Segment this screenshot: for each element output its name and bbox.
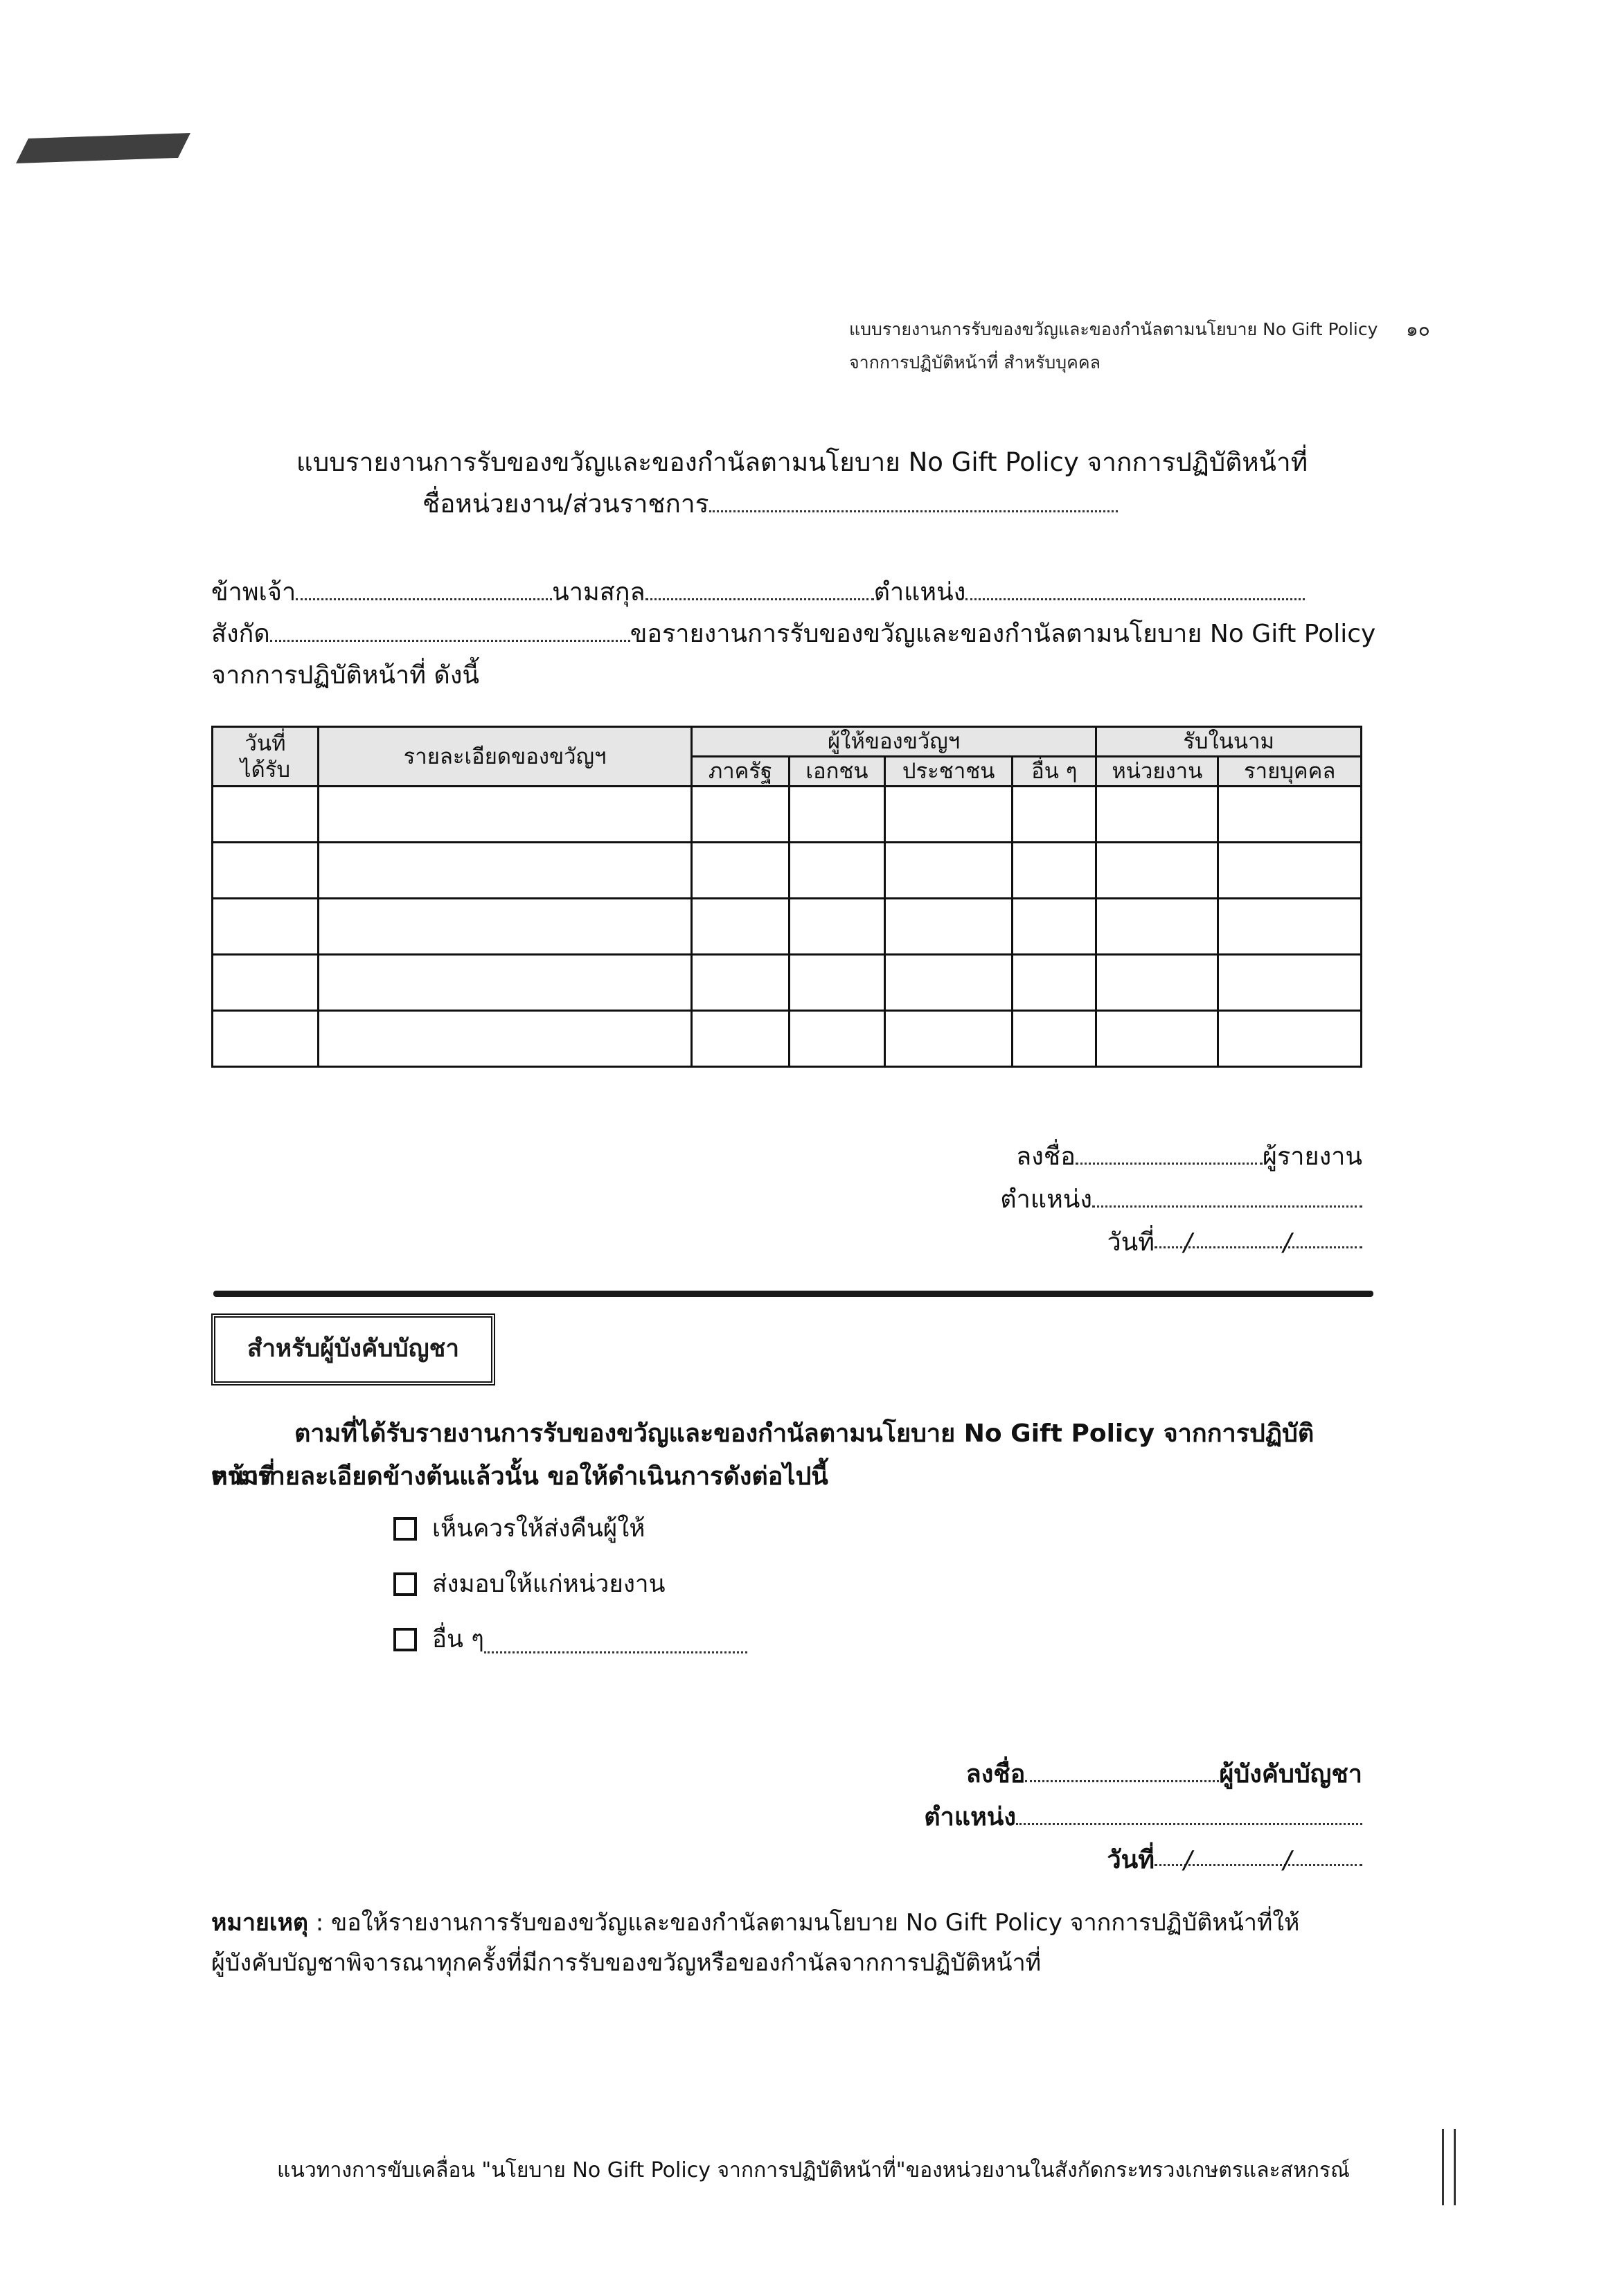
table-cell[interactable] xyxy=(691,787,789,843)
header-giver-government: ภาครัฐ xyxy=(691,757,789,787)
checkbox-other[interactable] xyxy=(393,1628,417,1651)
reporter-sign-label: ลงชื่อ xyxy=(1016,1142,1076,1171)
scan-redaction-mark xyxy=(16,133,190,163)
supervisor-date-field[interactable]: / / xyxy=(1155,1839,1362,1866)
reporter-sign-field[interactable] xyxy=(1076,1138,1263,1165)
header-recipient-agency: หน่วยงาน xyxy=(1096,757,1218,787)
table-cell[interactable] xyxy=(1013,787,1096,843)
agency-name-label: ชื่อหน่วยงาน/ส่วนราชการ xyxy=(422,489,709,519)
position-label: ตำแหน่ง xyxy=(874,578,966,607)
table-cell[interactable] xyxy=(1013,899,1096,955)
agency-name-field[interactable] xyxy=(709,485,1118,512)
reporter-date-row: วันที่/ / xyxy=(900,1221,1362,1264)
table-cell[interactable] xyxy=(319,899,692,955)
table-cell[interactable] xyxy=(213,1011,319,1067)
table-cell[interactable] xyxy=(691,1011,789,1067)
option-hand-to-agency[interactable]: ส่งมอบให้แก่หน่วยงาน xyxy=(393,1563,666,1605)
reporter-position-field[interactable] xyxy=(1092,1181,1362,1208)
table-cell[interactable] xyxy=(884,1011,1012,1067)
table-row xyxy=(213,843,1362,899)
table-cell[interactable] xyxy=(1096,1011,1218,1067)
table-cell[interactable] xyxy=(213,955,319,1011)
supervisor-position-label: ตำแหน่ง xyxy=(924,1803,1016,1831)
position-field[interactable] xyxy=(965,573,1305,600)
page-footer: แนวทางการขับเคลื่อน "นโยบาย No Gift Poli… xyxy=(277,2153,1350,2188)
table-cell[interactable] xyxy=(1096,955,1218,1011)
affiliation-field[interactable] xyxy=(270,615,630,642)
note-line1: หมายเหตุ : ขอให้รายงานการรับของขวัญและขอ… xyxy=(211,1903,1389,1943)
table-cell[interactable] xyxy=(319,955,692,1011)
form-code-line1: แบบรายงานการรับของขวัญและของกำนัลตามนโยบ… xyxy=(849,313,1378,346)
reporter-position-row: ตำแหน่ง xyxy=(900,1178,1362,1221)
table-cell[interactable] xyxy=(790,843,885,899)
note-line2: ผู้บังคับบัญชาพิจารณาทุกครั้งที่มีการรับ… xyxy=(211,1943,1389,1983)
header-recipient-group: รับในนาม xyxy=(1096,727,1362,757)
table-row xyxy=(213,787,1362,843)
gift-report-table: วันที่ได้รับ รายละเอียดของขวัญฯ ผู้ให้ขอ… xyxy=(211,726,1362,1068)
header-gift-details: รายละเอียดของขวัญฯ xyxy=(319,727,692,787)
table-row xyxy=(213,1011,1362,1067)
name-field[interactable] xyxy=(296,573,552,600)
note-text-line1: : ขอให้รายงานการรับของขวัญและของกำนัลตาม… xyxy=(316,1909,1300,1937)
option-other[interactable]: อื่น ๆ xyxy=(393,1619,747,1660)
table-cell[interactable] xyxy=(691,899,789,955)
table-row xyxy=(213,899,1362,955)
reporter-sign-suffix: ผู้รายงาน xyxy=(1263,1142,1362,1171)
affiliation-row: สังกัดขอรายงานการรับของขวัญและของกำนัลตา… xyxy=(211,613,1375,655)
option-return-to-giver[interactable]: เห็นควรให้ส่งคืนผู้ให้ xyxy=(393,1508,645,1550)
table-cell[interactable] xyxy=(319,1011,692,1067)
supervisor-position-row: ตำแหน่ง xyxy=(900,1796,1362,1839)
checkbox-return-to-giver[interactable] xyxy=(393,1517,417,1541)
surname-field[interactable] xyxy=(645,573,874,600)
reporter-date-label: วันที่ xyxy=(1107,1228,1155,1257)
table-cell[interactable] xyxy=(1218,899,1362,955)
form-code-line2: จากการปฏิบัติหน้าที่ สำหรับบุคคล xyxy=(849,346,1378,379)
reporter-sign-row: ลงชื่อผู้รายงาน xyxy=(900,1136,1362,1178)
reporter-info-row: ข้าพเจ้านามสกุลตำแหน่ง xyxy=(211,572,1305,613)
intro-line3: จากการปฏิบัติหน้าที่ ดังนี้ xyxy=(211,655,479,697)
supervisor-position-field[interactable] xyxy=(1016,1798,1362,1825)
header-giver-public: ประชาชน xyxy=(884,757,1012,787)
supervisor-paragraph-line2: ตามรายละเอียดข้างต้นแล้วนั้น ขอให้ดำเนิน… xyxy=(211,1455,1375,1498)
supervisor-date-row: วันที่/ / xyxy=(900,1839,1362,1882)
agency-name-row: ชื่อหน่วยงาน/ส่วนราชการ xyxy=(422,485,1118,523)
supervisor-sign-suffix: ผู้บังคับบัญชา xyxy=(1219,1760,1362,1788)
header-giver-private: เอกชน xyxy=(790,757,885,787)
table-cell[interactable] xyxy=(790,1011,885,1067)
table-cell[interactable] xyxy=(1096,787,1218,843)
table-cell[interactable] xyxy=(790,899,885,955)
table-cell[interactable] xyxy=(1013,955,1096,1011)
table-cell[interactable] xyxy=(691,843,789,899)
binding-edge-mark xyxy=(1442,2129,1456,2205)
table-cell[interactable] xyxy=(790,955,885,1011)
table-cell[interactable] xyxy=(1218,787,1362,843)
table-cell[interactable] xyxy=(884,955,1012,1011)
option-agency-label: ส่งมอบให้แก่หน่วยงาน xyxy=(432,1563,666,1605)
supervisor-sign-field[interactable] xyxy=(1025,1755,1219,1782)
supervisor-date-label: วันที่ xyxy=(1107,1846,1155,1874)
option-return-label: เห็นควรให้ส่งคืนผู้ให้ xyxy=(432,1508,645,1550)
supervisor-sign-row: ลงชื่อผู้บังคับบัญชา xyxy=(900,1753,1362,1796)
page-number: ๑๐ xyxy=(1406,313,1430,346)
header-giver-group: ผู้ให้ของขวัญฯ xyxy=(691,727,1096,757)
table-cell[interactable] xyxy=(884,843,1012,899)
header-date-received: วันที่ได้รับ xyxy=(213,727,319,787)
table-row xyxy=(213,955,1362,1011)
table-cell[interactable] xyxy=(1096,899,1218,955)
header-recipient-individual: รายบุคคล xyxy=(1218,757,1362,787)
option-other-label: อื่น ๆ xyxy=(432,1619,484,1660)
affiliation-label: สังกัด xyxy=(211,620,270,648)
table-cell[interactable] xyxy=(691,955,789,1011)
header-giver-other: อื่น ๆ xyxy=(1013,757,1096,787)
table-cell[interactable] xyxy=(319,787,692,843)
table-cell[interactable] xyxy=(213,843,319,899)
table-cell[interactable] xyxy=(1096,843,1218,899)
request-text: ขอรายงานการรับของขวัญและของกำนัลตามนโยบา… xyxy=(630,620,1376,648)
table-cell[interactable] xyxy=(319,843,692,899)
supervisor-sign-label: ลงชื่อ xyxy=(966,1760,1026,1788)
reporter-date-field[interactable]: / / xyxy=(1155,1221,1362,1248)
supervisor-section-label: สำหรับผู้บังคับบัญชา xyxy=(211,1313,495,1385)
option-other-field[interactable] xyxy=(484,1626,747,1653)
table-cell[interactable] xyxy=(1218,1011,1362,1067)
table-cell[interactable] xyxy=(1218,843,1362,899)
checkbox-hand-to-agency[interactable] xyxy=(393,1572,417,1596)
table-cell[interactable] xyxy=(213,899,319,955)
table-cell[interactable] xyxy=(1218,955,1362,1011)
note-label: หมายเหตุ xyxy=(211,1909,308,1937)
form-code-header: แบบรายงานการรับของขวัญและของกำนัลตามนโยบ… xyxy=(849,313,1378,379)
reporter-position-label: ตำแหน่ง xyxy=(1000,1185,1092,1214)
table-cell[interactable] xyxy=(1013,1011,1096,1067)
name-label: ข้าพเจ้า xyxy=(211,578,296,607)
table-cell[interactable] xyxy=(790,787,885,843)
table-cell[interactable] xyxy=(1013,843,1096,899)
table-cell[interactable] xyxy=(884,899,1012,955)
surname-label: นามสกุล xyxy=(552,578,645,607)
table-cell[interactable] xyxy=(213,787,319,843)
form-title: แบบรายงานการรับของขวัญและของกำนัลตามนโยบ… xyxy=(0,443,1604,482)
table-cell[interactable] xyxy=(884,787,1012,843)
section-divider xyxy=(213,1291,1373,1297)
